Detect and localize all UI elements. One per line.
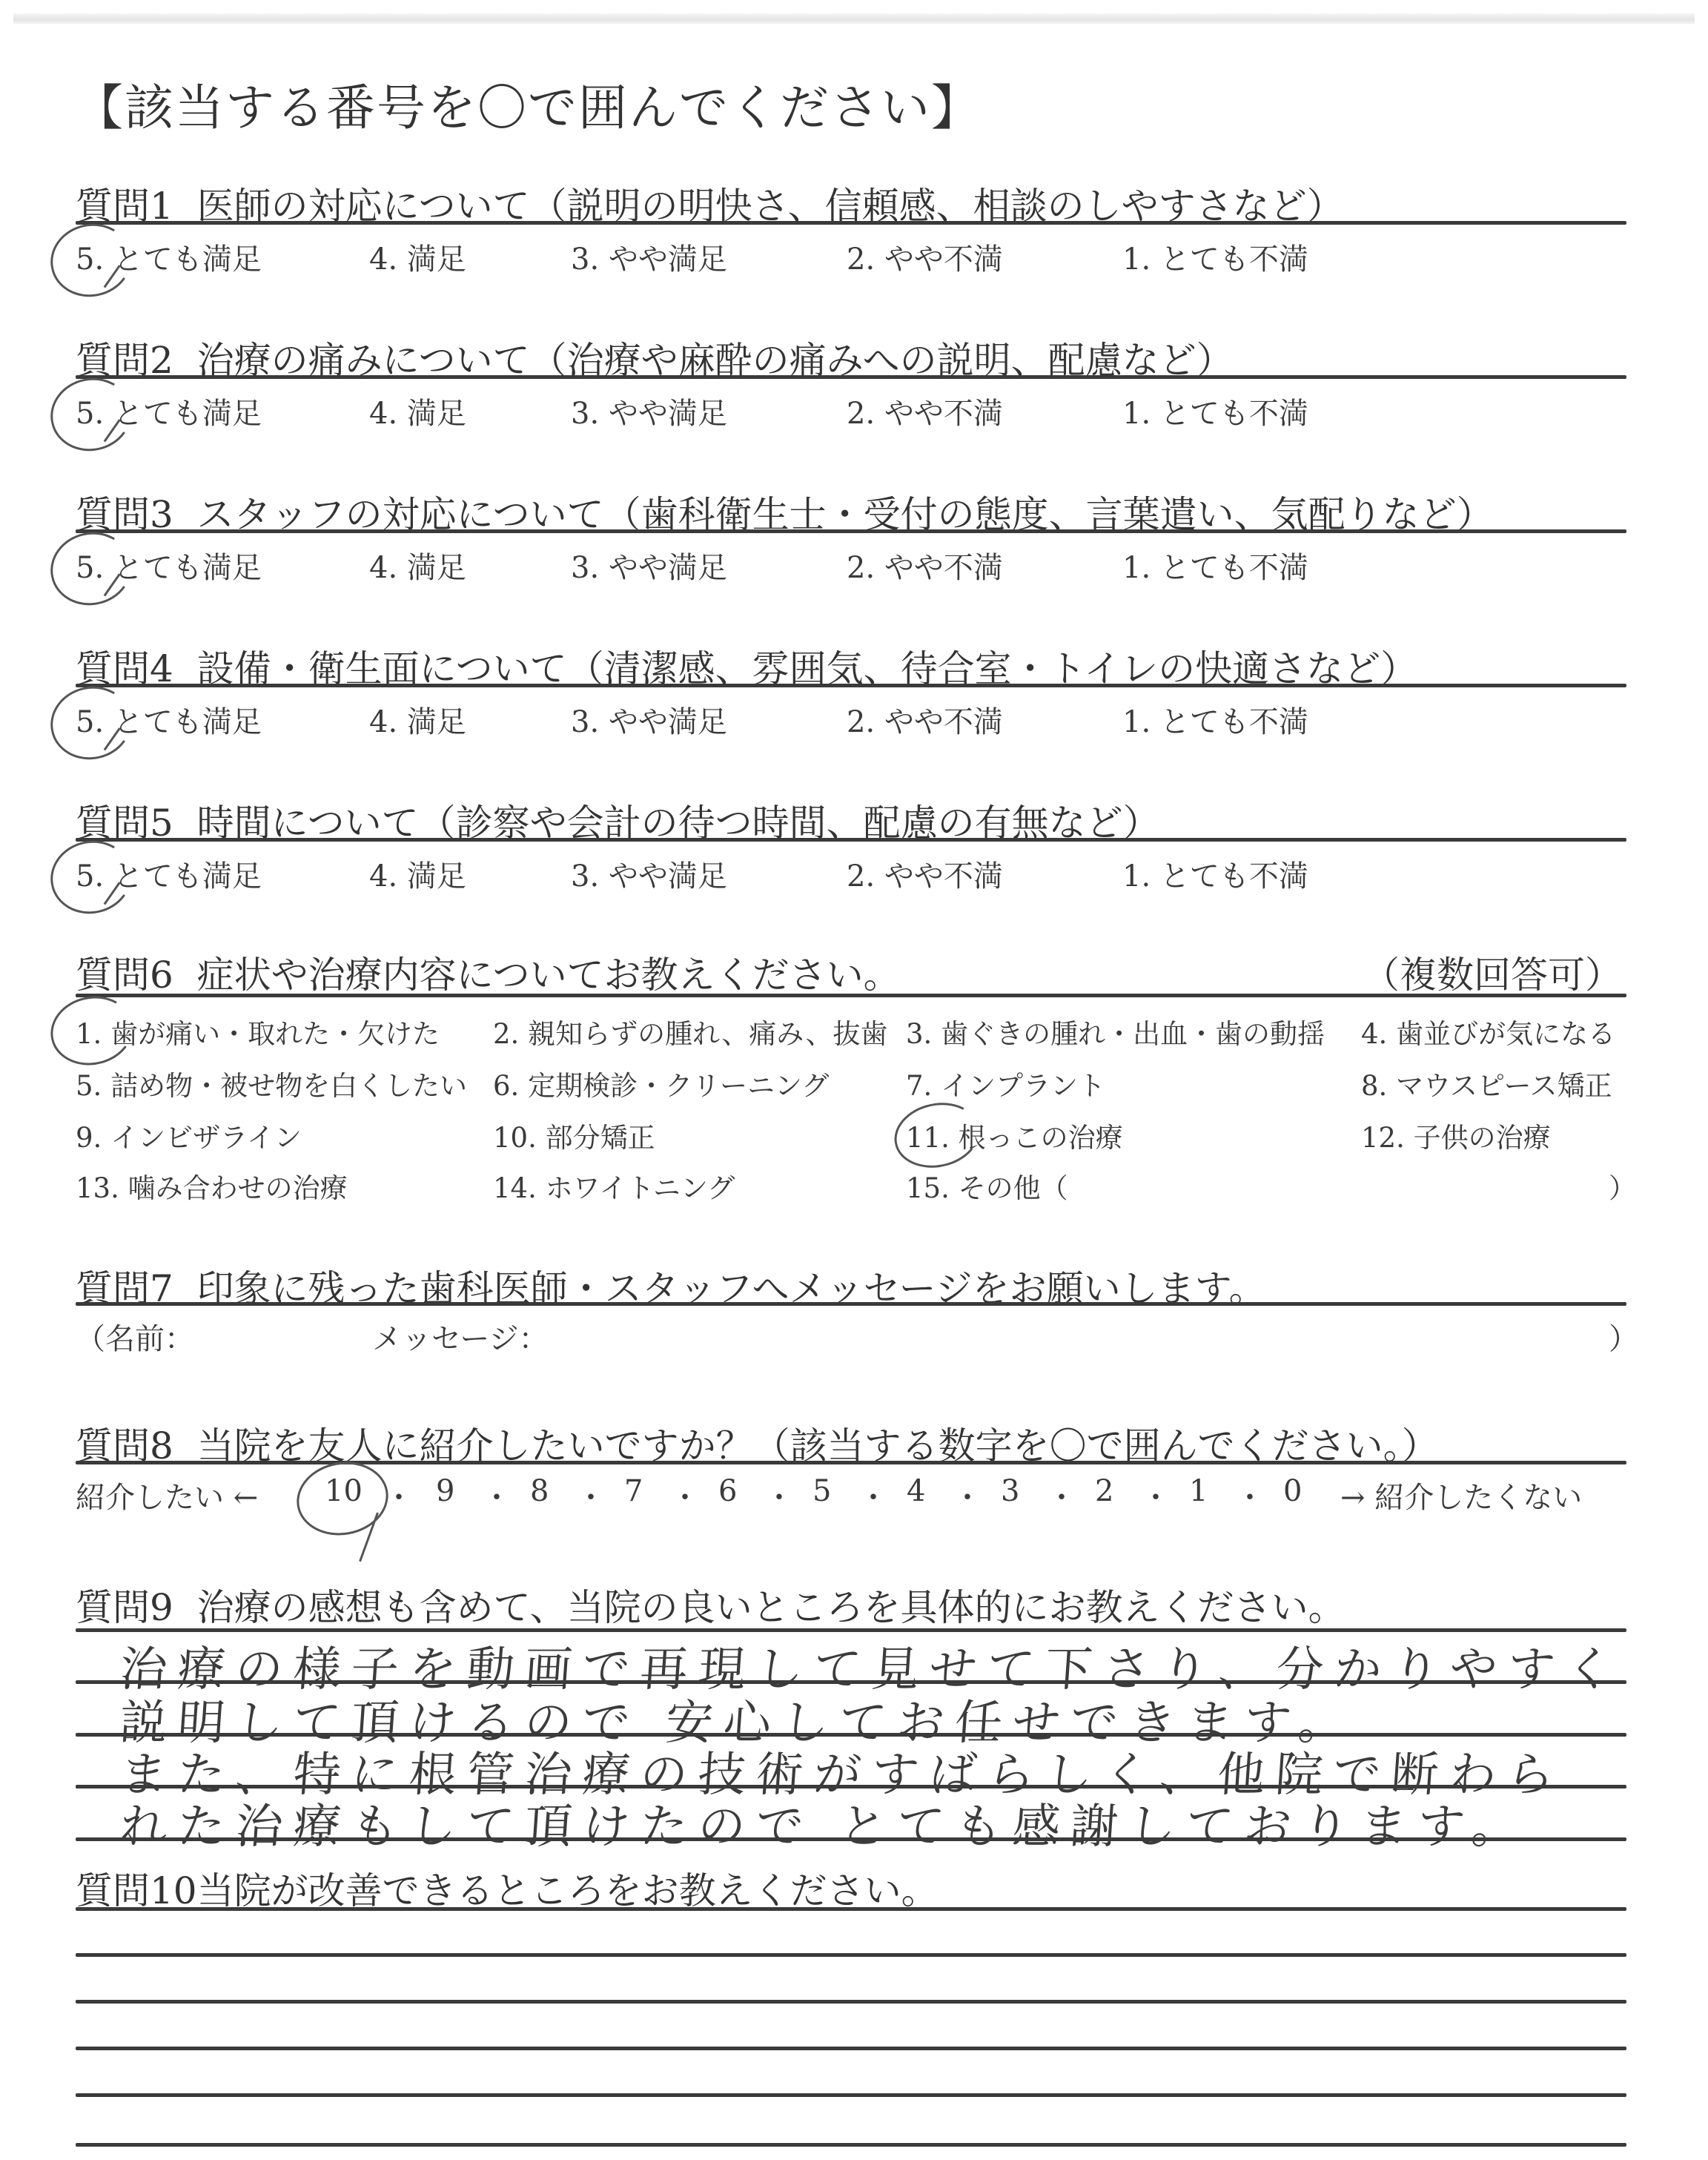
q6-option-9[interactable]: 9. インビザライン <box>76 1115 302 1155</box>
q3-option-1[interactable]: 1. とても不満 <box>1122 544 1308 587</box>
q6-option-7[interactable]: 7. インプラント <box>906 1063 1105 1103</box>
q4-rule <box>76 684 1626 687</box>
q8-scale-1[interactable]: 1 <box>1189 1474 1208 1508</box>
q8-scale-separator: ・ <box>953 1474 982 1516</box>
q10-text: 当院が改善できるところをお教えください。 <box>197 1869 939 1912</box>
q6-text: 症状や治療内容についてお教えください。 <box>197 954 901 997</box>
q8-scale-2[interactable]: 2 <box>1095 1474 1113 1508</box>
q6-option-3[interactable]: 3. 歯ぐきの腫れ・出血・歯の動揺 <box>906 1011 1325 1051</box>
q8-scale-separator: ・ <box>1047 1474 1076 1516</box>
q6-multiple-answer-note: （複数回答可） <box>1363 945 1622 999</box>
q8-scale-separator: ・ <box>576 1474 606 1516</box>
q8-scale-8[interactable]: 8 <box>530 1474 549 1508</box>
q4-option-3[interactable]: 3. やや満足 <box>571 698 727 741</box>
q8-scale-3[interactable]: 3 <box>1001 1474 1019 1508</box>
q10-answer-line-5[interactable] <box>82 2101 1626 2138</box>
q3-option-2[interactable]: 2. やや不満 <box>847 544 1003 587</box>
q9-label: 質問9 <box>76 1586 173 1629</box>
q5-option-2[interactable]: 2. やや不満 <box>847 853 1003 895</box>
q6-option-4[interactable]: 4. 歯並びが気になる <box>1361 1011 1615 1051</box>
q10-rule-4 <box>76 2047 1626 2050</box>
q7-message-input[interactable] <box>563 1314 1589 1351</box>
q6-option-2[interactable]: 2. 親知らずの腫れ、痛み、抜歯 <box>493 1011 888 1051</box>
q6-rule <box>76 994 1626 997</box>
q7-message-label: メッセージ： <box>372 1315 549 1358</box>
q8-scale-4[interactable]: 4 <box>907 1474 925 1508</box>
q10-rule-1 <box>76 1907 1626 1911</box>
q6-option-5[interactable]: 5. 詰め物・被せ物を白くしたい <box>76 1063 467 1103</box>
q8-scale-separator: ・ <box>764 1474 794 1516</box>
q3-option-3[interactable]: 3. やや満足 <box>571 544 727 587</box>
q4-option-2[interactable]: 2. やや不満 <box>847 698 1003 741</box>
q10-answer-line-4[interactable] <box>82 2055 1626 2092</box>
q2-option-1[interactable]: 1. とても不満 <box>1122 390 1308 432</box>
q6-option-10[interactable]: 10. 部分矯正 <box>493 1115 655 1155</box>
q10-rule-6 <box>76 2143 1626 2147</box>
q2-option-2[interactable]: 2. やや不満 <box>847 390 1003 432</box>
q10-answer-line-1[interactable] <box>82 1915 1626 1952</box>
q6-option-8[interactable]: 8. マウスピース矯正 <box>1361 1063 1612 1103</box>
q8-right-label: → 紹介したくない <box>1340 1474 1582 1516</box>
q7-rule <box>76 1302 1626 1306</box>
q8-scale-separator: ・ <box>384 1474 414 1516</box>
q10-rule-3 <box>76 2000 1626 2004</box>
q6-option-6[interactable]: 6. 定期検診・クリーニング <box>493 1063 829 1103</box>
q1-option-3[interactable]: 3. やや満足 <box>571 236 727 278</box>
q10-label: 質問10 <box>76 1869 197 1912</box>
q1-rule <box>76 221 1626 225</box>
q5-rule <box>76 838 1626 842</box>
q2-option-3[interactable]: 3. やや満足 <box>571 390 727 432</box>
q9-text: 治療の感想も含めて、当院の良いところを具体的にお教えください。 <box>197 1586 1345 1629</box>
q10-answer-line-2[interactable] <box>82 1961 1626 1998</box>
q10-answer-line-3[interactable] <box>82 2008 1626 2045</box>
selection-circle-q6-1 <box>44 988 140 1072</box>
form-instruction-title: 【該当する番号を〇で囲んでください】 <box>74 68 982 139</box>
q8-scale-0[interactable]: 0 <box>1283 1474 1302 1508</box>
q6-option-13[interactable]: 13. 噛み合わせの治療 <box>76 1166 348 1206</box>
q9-answer-line-4: れた治療もして頂けたので とても感謝しております。 <box>118 1789 1532 1857</box>
q8-scale-6[interactable]: 6 <box>718 1474 737 1508</box>
q8-rule <box>76 1461 1626 1464</box>
q4-option-1[interactable]: 1. とても不満 <box>1122 698 1308 741</box>
scan-edge <box>13 13 1695 24</box>
q8-left-label: 紹介したい ← <box>76 1474 258 1516</box>
q6-heading: 質問6 症状や治療内容についてお教えください。 <box>76 945 901 999</box>
q1-option-2[interactable]: 2. やや不満 <box>847 236 1003 278</box>
q3-option-4[interactable]: 4. 満足 <box>369 544 466 587</box>
q1-option-1[interactable]: 1. とても不満 <box>1122 236 1308 278</box>
q5-option-1[interactable]: 1. とても不満 <box>1122 853 1308 895</box>
q7-name-label: （名前： <box>76 1315 194 1358</box>
q1-option-4[interactable]: 4. 満足 <box>369 236 466 278</box>
q8-scale-separator: ・ <box>670 1474 700 1516</box>
q9-heading: 質問9 治療の感想も含めて、当院の良いところを具体的にお教えください。 <box>76 1578 1345 1631</box>
q8-scale-9[interactable]: 9 <box>436 1474 454 1508</box>
q5-option-4[interactable]: 4. 満足 <box>369 853 466 895</box>
q8-scale-separator: ・ <box>1141 1474 1171 1516</box>
q2-option-4[interactable]: 4. 満足 <box>369 390 466 432</box>
q4-option-4[interactable]: 4. 満足 <box>369 698 466 741</box>
q5-option-3[interactable]: 3. やや満足 <box>571 853 727 895</box>
q10-rule-5 <box>76 2093 1626 2097</box>
q2-rule <box>76 375 1626 379</box>
selection-circle-q6-11 <box>888 1095 985 1175</box>
q6-other-close-paren: ） <box>1609 1166 1636 1206</box>
q8-scale-separator: ・ <box>482 1474 512 1516</box>
q10-rule-2 <box>76 1953 1626 1957</box>
q7-close-paren: ） <box>1609 1315 1638 1358</box>
q7-name-input[interactable] <box>193 1314 366 1351</box>
q3-rule <box>76 529 1626 533</box>
q6-option-15[interactable]: 15. その他（ <box>906 1166 1068 1206</box>
q8-scale-separator: ・ <box>858 1474 888 1516</box>
q8-scale-7[interactable]: 7 <box>624 1474 643 1508</box>
q6-option-12[interactable]: 12. 子供の治療 <box>1361 1115 1551 1155</box>
q8-scale-separator: ・ <box>1235 1474 1265 1516</box>
q8-scale-5[interactable]: 5 <box>812 1474 831 1508</box>
q6-option-14[interactable]: 14. ホワイトニング <box>493 1166 735 1206</box>
q6-label: 質問6 <box>76 954 173 997</box>
